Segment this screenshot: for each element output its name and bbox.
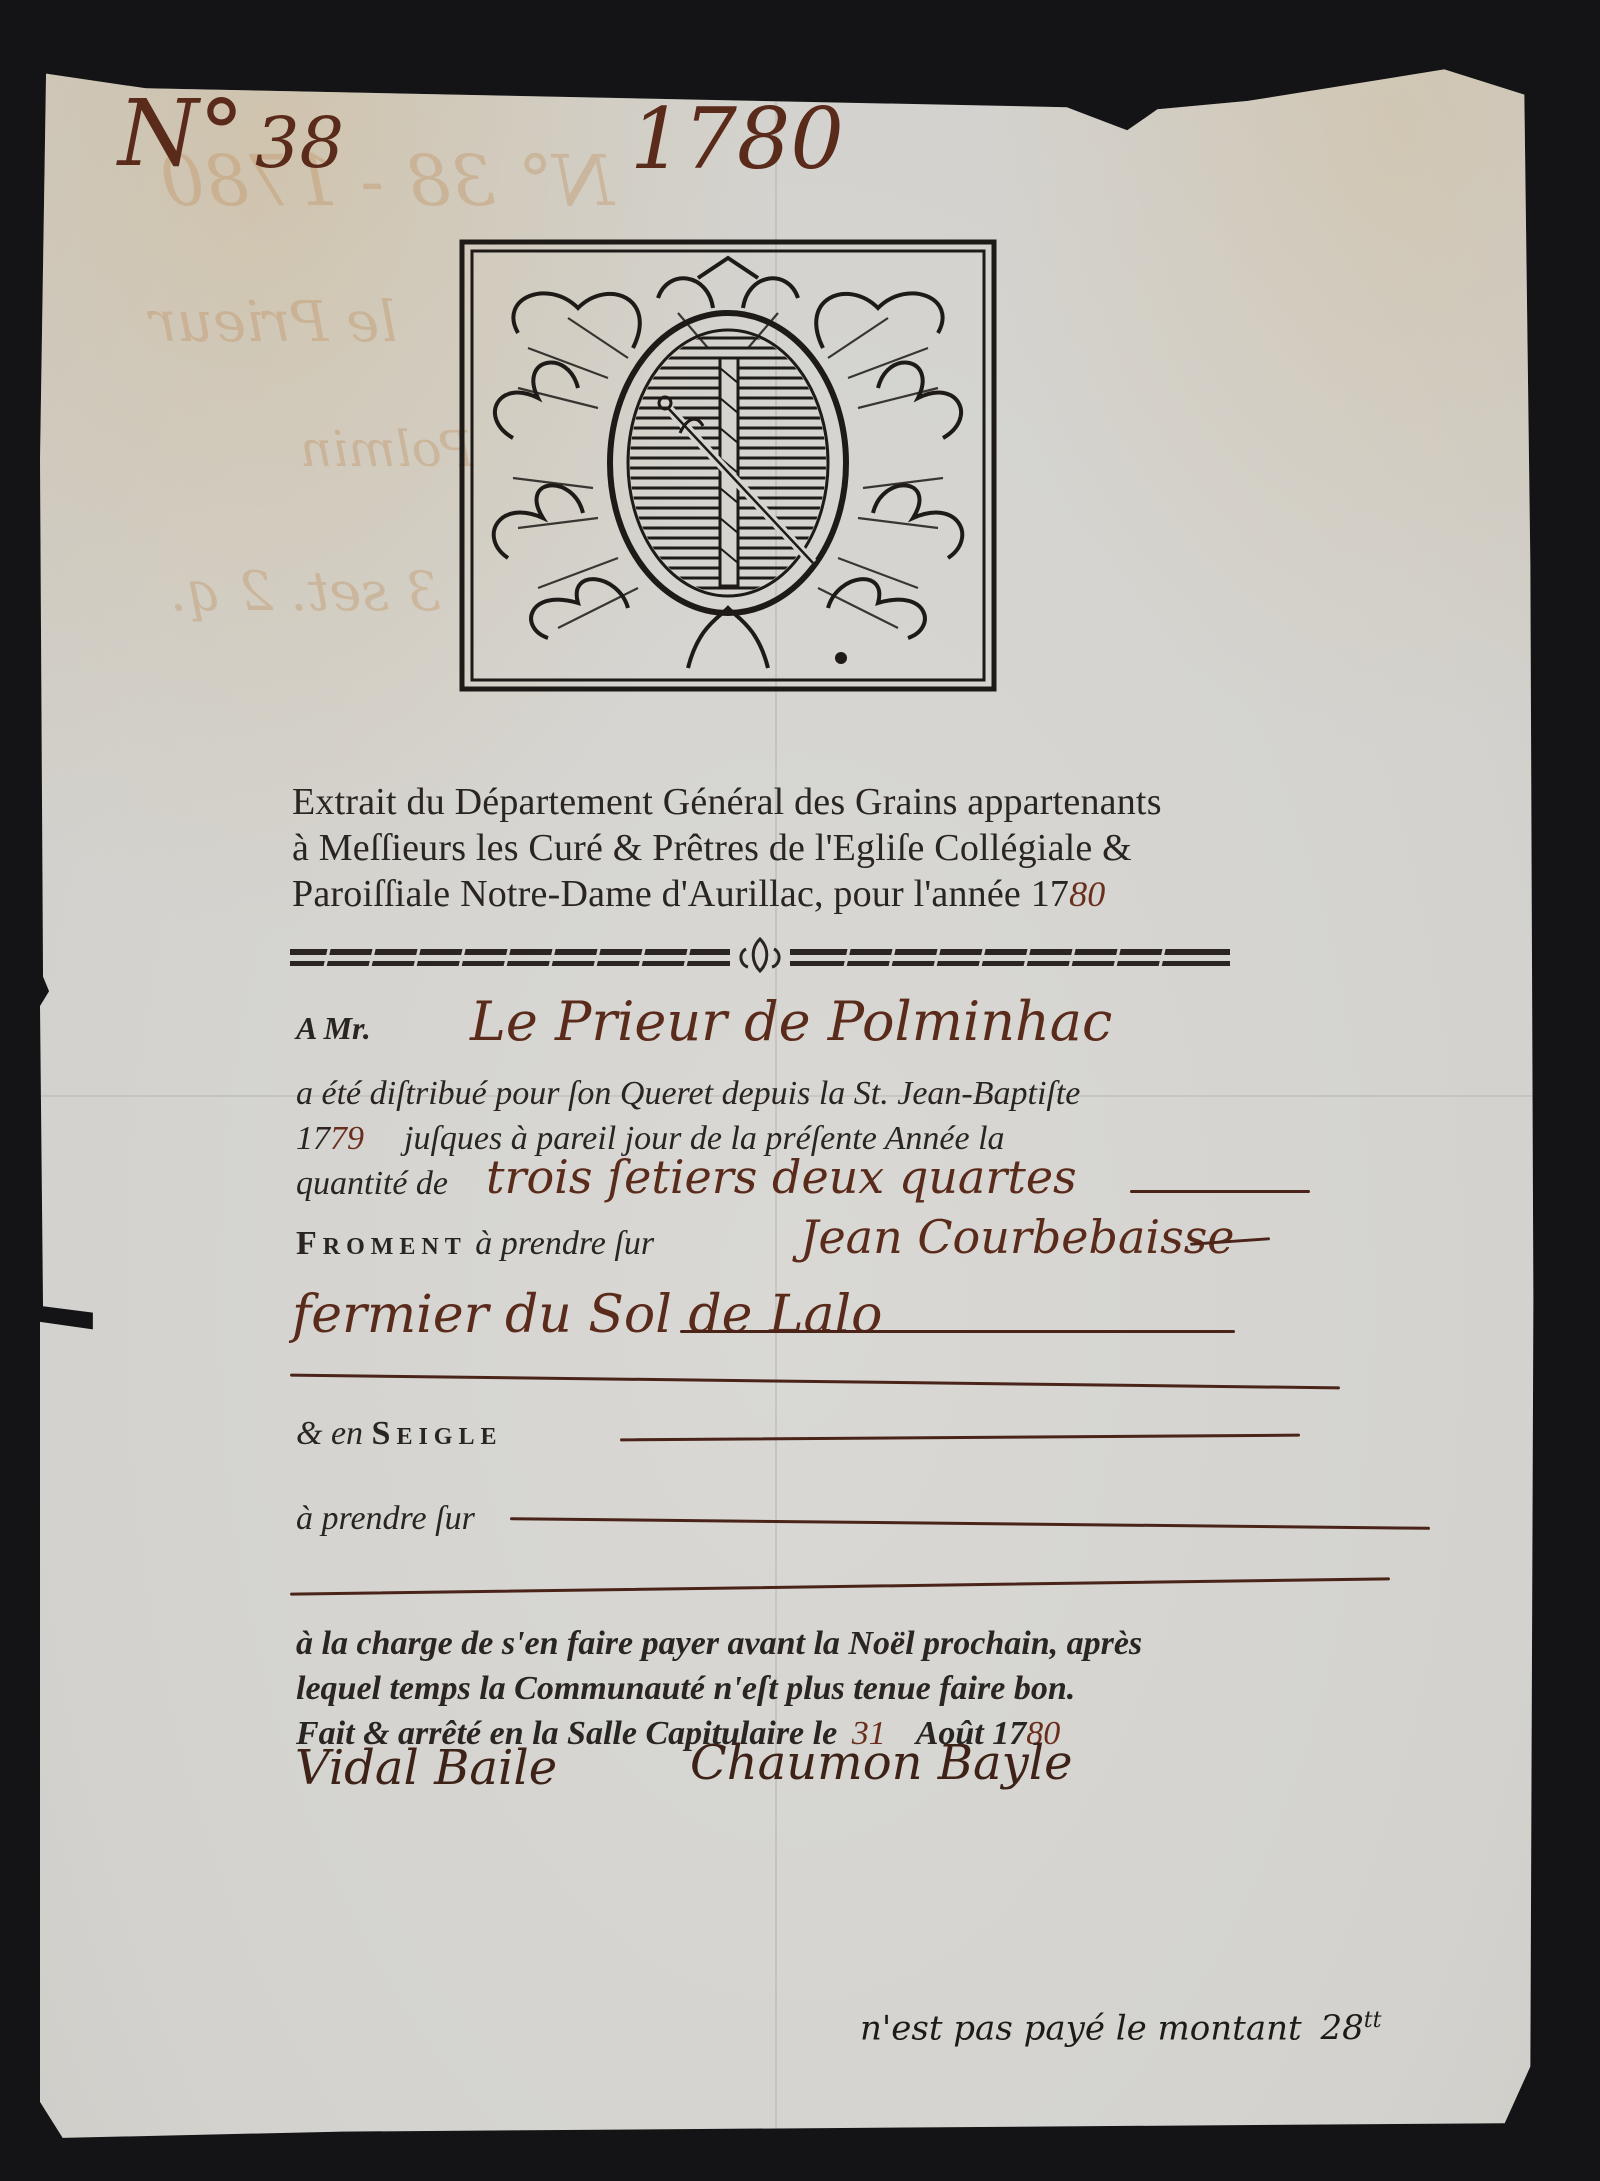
seigle-source-label: à prendre ſur <box>296 1500 475 1538</box>
bleed-through-text: Polmin <box>300 420 473 478</box>
body-line-2-prefix: 17 <box>296 1120 330 1157</box>
froment-source-1: Jean Courbebaisse <box>800 1210 1235 1264</box>
seigle-row: & en Seigle <box>296 1415 503 1453</box>
title-line-2: à Meſſieurs les Curé & Prêtres de l'Egli… <box>292 826 1132 870</box>
document-number: 38 <box>255 102 344 184</box>
document-page: N° 38 - 1780 le Prieur Polmin 3 set. 2 q… <box>40 40 1550 2140</box>
bleed-through-text: 3 set. 2 q. <box>170 560 440 623</box>
title-line-1: Extrait du Département Général des Grain… <box>292 780 1162 824</box>
seigle-prefix: & en <box>296 1415 363 1452</box>
froment-line-2 <box>680 1330 1235 1333</box>
document-year: 1780 <box>630 90 844 188</box>
seigle-source-line <box>510 1517 1430 1530</box>
seigle-line <box>620 1434 1300 1442</box>
blank-line <box>290 1577 1390 1595</box>
quantity-label: quantité de <box>296 1165 448 1203</box>
froment-label: Froment <box>296 1225 467 1262</box>
currency-mark: tt <box>1364 2008 1382 2033</box>
froment-row: Froment à prendre ſur <box>296 1225 654 1263</box>
payment-note: n'est pas payé le montant 28tt <box>860 2008 1381 2048</box>
title-line-3-text: Paroiſſiale Notre-Dame d'Aurillac, pour … <box>292 873 1069 915</box>
froment-line-3 <box>290 1374 1340 1390</box>
body-year-handwritten: 79 <box>330 1120 364 1157</box>
title-year-handwritten: 80 <box>1069 874 1105 914</box>
signature-1: Vidal Baile <box>295 1740 557 1796</box>
bleed-through-text: le Prieur <box>150 290 397 355</box>
recipient-label: A Mr. <box>296 1010 371 1047</box>
payment-note-text: n'est pas payé le montant <box>860 2008 1302 2048</box>
closing-line-2: lequel temps la Communauté n'eſt plus te… <box>296 1670 1075 1708</box>
signature-2: Chaumon Bayle <box>690 1735 1073 1791</box>
closing-line-1: à la charge de s'en faire payer avant la… <box>296 1625 1142 1663</box>
ornamental-divider-icon <box>290 935 1230 981</box>
title-line-3: Paroiſſiale Notre-Dame d'Aurillac, pour … <box>292 872 1106 916</box>
recipient-name: Le Prieur de Polminhac <box>470 990 1112 1053</box>
coat-of-arms-icon <box>458 238 998 693</box>
quantity-line <box>1130 1190 1310 1193</box>
quantity-value: trois ſetiers deux quartes <box>486 1150 1077 1204</box>
froment-suffix: à prendre ſur <box>475 1225 654 1262</box>
seigle-label: Seigle <box>372 1415 503 1452</box>
froment-source-2: fermier du Sol de Lalo <box>292 1285 882 1345</box>
document-number-label: N° <box>118 80 245 187</box>
payment-amount: 28 <box>1320 2008 1363 2048</box>
body-line-1: a été diſtribué pour ſon Queret depuis l… <box>296 1075 1080 1113</box>
